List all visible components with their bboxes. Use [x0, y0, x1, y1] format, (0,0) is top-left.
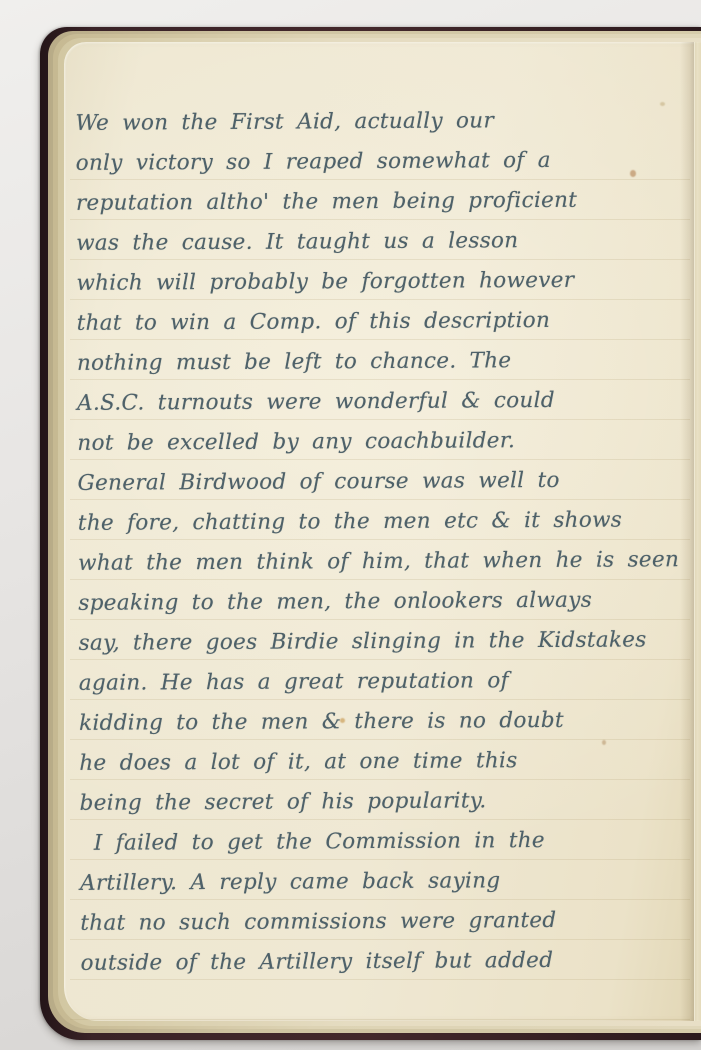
manuscript-line: that to win a Comp. of this description	[77, 300, 683, 344]
manuscript-line: nothing must be left to chance. The	[77, 340, 683, 384]
manuscript-line: only victory so I reaped somewhat of a	[76, 140, 682, 184]
manuscript-line: outside of the Artillery itself but adde…	[80, 940, 686, 984]
manuscript-line: again. He has a great reputation of	[79, 660, 685, 704]
age-spot	[630, 170, 636, 177]
manuscript-line: which will probably be forgotten however	[76, 260, 682, 304]
manuscript-line: say, there goes Birdie slinging in the K…	[78, 620, 684, 664]
manuscript-line: General Birdwood of course was well to	[78, 460, 684, 504]
manuscript-line: reputation altho' the men being proficie…	[76, 180, 682, 224]
age-spot	[602, 740, 606, 745]
age-spot	[340, 718, 345, 723]
next-page-sliver	[694, 42, 701, 1021]
manuscript-line: was the cause. It taught us a lesson	[76, 220, 682, 264]
manuscript-line: the fore, chatting to the men etc & it s…	[78, 500, 684, 544]
manuscript-line: what the men think of him, that when he …	[78, 540, 684, 584]
manuscript-line: that no such commissions were granted	[80, 900, 686, 944]
manuscript-line: speaking to the men, the onlookers alway…	[78, 580, 684, 624]
manuscript-line: kidding to the men & there is no doubt	[79, 700, 685, 744]
diary-page: We won the First Aid, actually our only …	[64, 42, 701, 1021]
photo-backdrop: We won the First Aid, actually our only …	[0, 0, 701, 1050]
manuscript-line: A.S.C. turnouts were wonderful & could	[77, 380, 683, 424]
manuscript-line: I failed to get the Commission in the	[80, 820, 686, 864]
manuscript-line: Artillery. A reply came back saying	[80, 860, 686, 904]
manuscript-line: not be excelled by any coachbuilder.	[77, 420, 683, 464]
manuscript-text: We won the First Aid, actually our only …	[75, 100, 686, 984]
manuscript-line: he does a lot of it, at one time this	[79, 740, 685, 784]
age-spot	[660, 102, 665, 106]
manuscript-line: being the secret of his popularity.	[79, 780, 685, 824]
manuscript-line: We won the First Aid, actually our	[75, 100, 681, 144]
